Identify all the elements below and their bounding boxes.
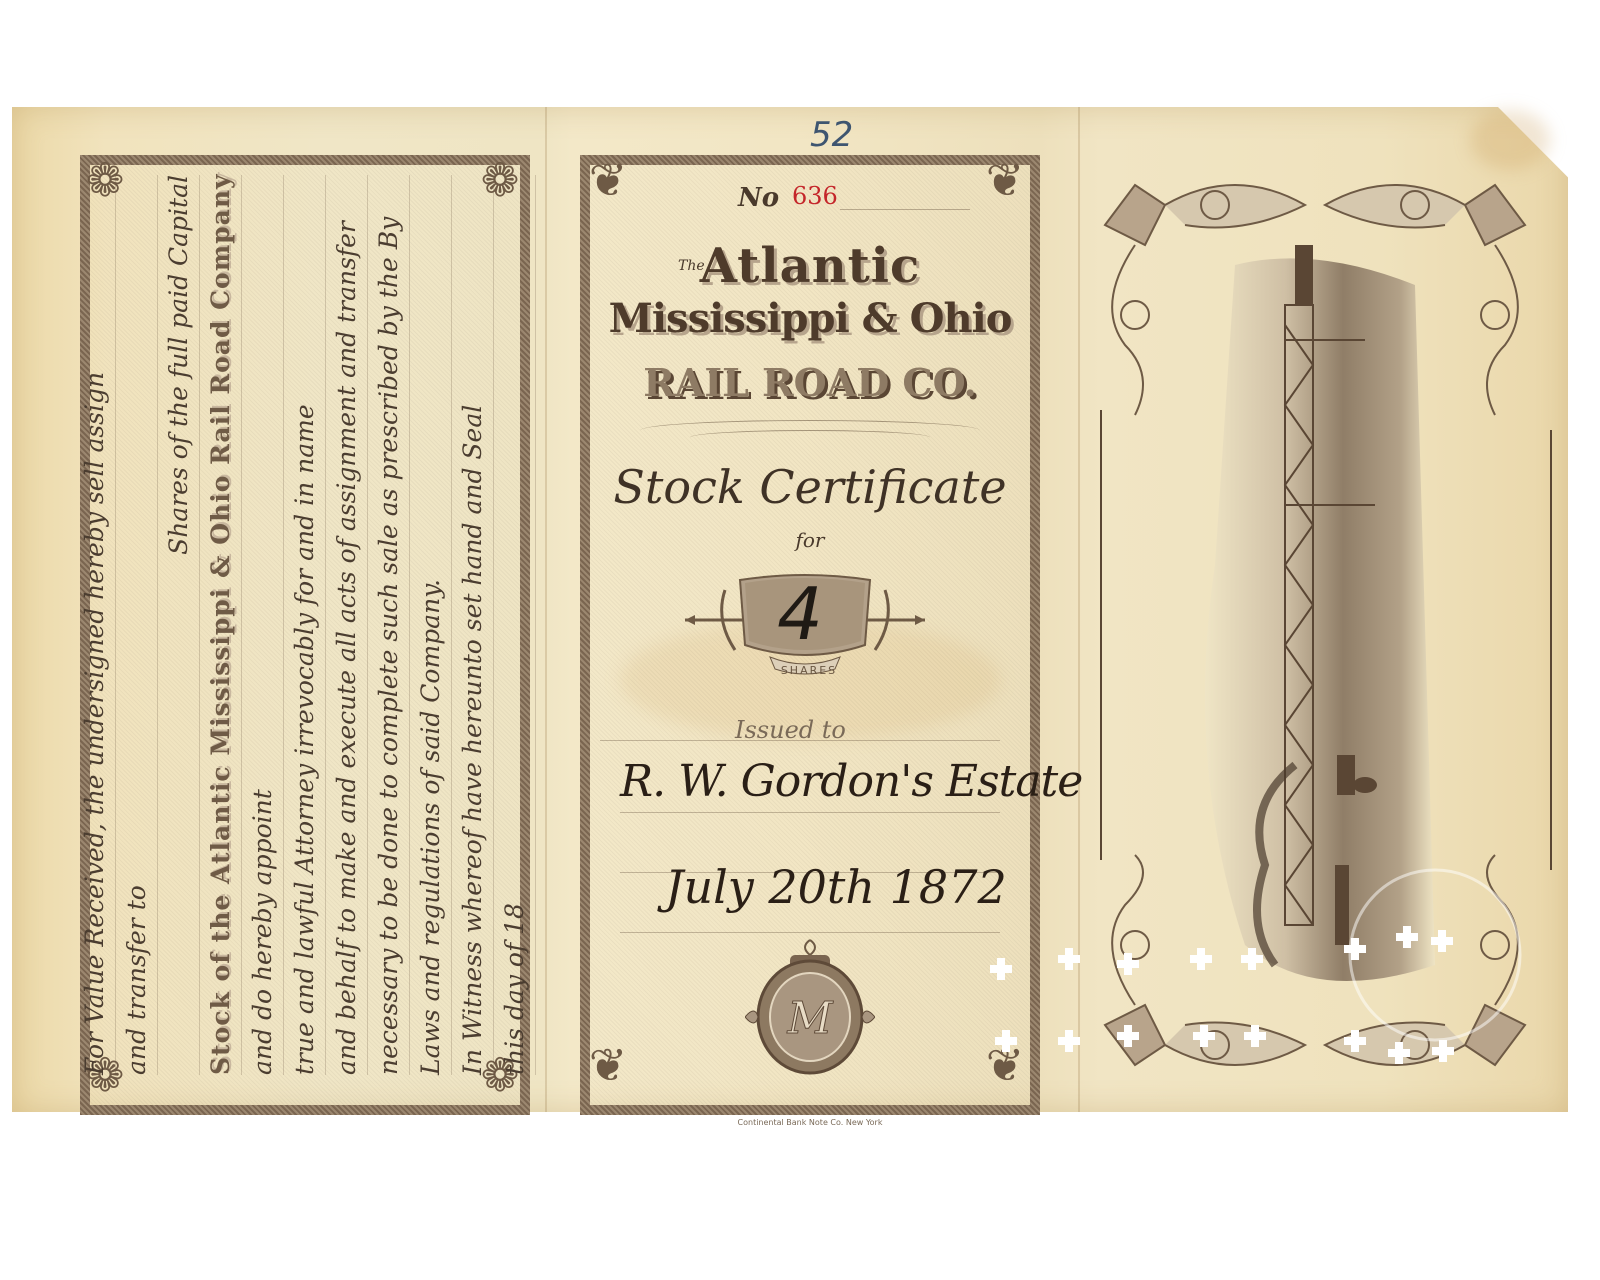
stub-line: and transfer to xyxy=(116,175,158,1075)
cancel-punch-hole-icon xyxy=(990,958,1012,980)
flourish xyxy=(690,430,930,445)
company-name-line1: Atlantic xyxy=(580,238,1040,294)
cancel-punch-hole-icon xyxy=(1344,938,1366,960)
issue-date: July 20th 1872 xyxy=(665,860,1007,914)
cancel-punch-hole-icon xyxy=(1193,1025,1215,1047)
age-stain xyxy=(1470,110,1550,170)
cancel-punch-hole-icon xyxy=(1244,1025,1266,1047)
ornament-corner-icon: ❦ xyxy=(578,150,638,210)
company-name-line2: Mississippi & Ohio xyxy=(580,295,1040,342)
stub-line: true and lawful Attorney irrevocably for… xyxy=(284,175,326,1075)
assignment-text: For Value Received, the undersigned here… xyxy=(74,175,536,1075)
handwritten-reference: 52 xyxy=(810,115,853,155)
cancel-punch-hole-icon xyxy=(1396,926,1418,948)
shares-label: SHARES xyxy=(774,664,844,677)
stub-line: Laws and regulations of said Company. xyxy=(410,175,452,1075)
ornament-corner-icon: ❦ xyxy=(578,1035,638,1095)
cancel-punch-hole-icon xyxy=(1388,1042,1410,1064)
stub-line: For Value Received, the undersigned here… xyxy=(74,175,116,1075)
fold-line-left xyxy=(545,107,547,1112)
vignette-side-rule xyxy=(1100,410,1102,860)
cancel-punch-hole-icon xyxy=(1058,948,1080,970)
certificate-heading: Stock Certificate xyxy=(580,460,1040,514)
number-label: No xyxy=(738,183,779,213)
bank-note-imprint: Continental Bank Note Co. New York xyxy=(580,1118,1040,1127)
company-name-line3: RAIL ROAD CO. xyxy=(580,360,1040,405)
stub-company-name: Stock of the Atlantic Mississippi & Ohio… xyxy=(200,175,242,1075)
stub-date-line: this day of 18 xyxy=(494,175,536,1075)
stub-line: and behalf to make and execute all acts … xyxy=(326,175,368,1075)
stub-line: Shares of the full paid Capital xyxy=(158,175,200,1075)
cancel-punch-hole-icon xyxy=(1117,1025,1139,1047)
company-monogram-seal-icon: M xyxy=(745,935,875,1075)
cancel-punch-hole-icon xyxy=(1432,1040,1454,1062)
number-rule xyxy=(840,209,970,210)
svg-text:M: M xyxy=(786,993,833,1044)
stub-line: and do hereby appoint xyxy=(242,175,284,1075)
vignette-bridge-engraving xyxy=(1095,165,1535,1105)
rule xyxy=(600,740,1000,741)
cancel-punch-hole-icon xyxy=(1241,948,1263,970)
cancel-punch-hole-icon xyxy=(1190,948,1212,970)
stub-witness-line: In Witness whereof have hereunto set han… xyxy=(452,175,494,1075)
rule xyxy=(620,932,1000,933)
cancel-punch-hole-icon xyxy=(1117,953,1139,975)
cancel-punch-hole-icon xyxy=(1344,1030,1366,1052)
cancel-punch-hole-icon xyxy=(995,1030,1017,1052)
shares-count: 4 xyxy=(760,572,840,656)
for-label: for xyxy=(580,528,1040,552)
assignment-stub: For Value Received, the undersigned here… xyxy=(80,155,530,1095)
ornament-corner-icon: ❦ xyxy=(975,150,1035,210)
rule xyxy=(620,812,1000,813)
cancel-punch-hole-icon xyxy=(1058,1030,1080,1052)
cancel-punch-hole-icon xyxy=(1431,930,1453,952)
issued-to-name: R. W. Gordon's Estate xyxy=(620,756,1082,807)
stub-line: necessary to be done to complete such sa… xyxy=(368,175,410,1075)
certificate-number: 636 xyxy=(792,182,838,210)
vignette-side-rule xyxy=(1550,430,1552,870)
